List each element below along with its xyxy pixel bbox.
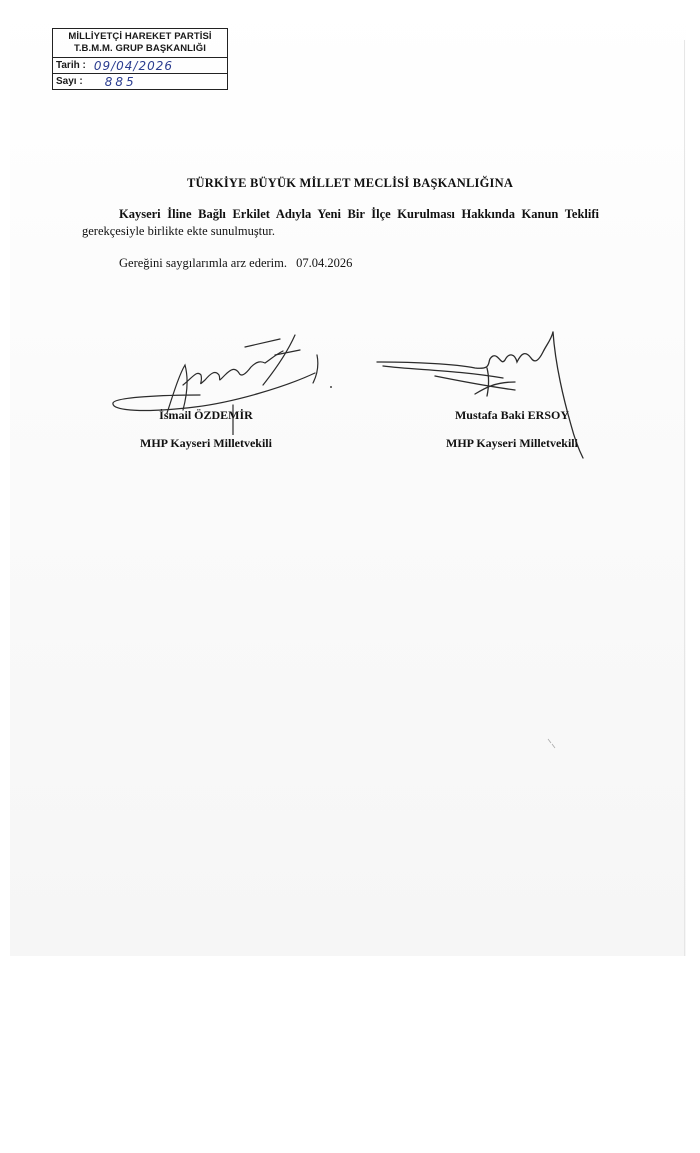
stamp-number-value: 885	[105, 75, 137, 89]
stamp-header: MİLLİYETÇİ HAREKET PARTİSİ T.B.M.M. GRUP…	[52, 28, 228, 57]
stamp-date-label: Tarih :	[56, 60, 86, 71]
closing-paragraph: Gereğini saygılarımla arz ederim. 07.04.…	[119, 256, 352, 271]
signatory-role: MHP Kayseri Milletvekili	[96, 436, 316, 451]
body-paragraph: Kayseri İline Bağlı Erkilet Adıyla Yeni …	[82, 206, 599, 239]
closing-date: 07.04.2026	[296, 256, 352, 270]
document-title: TÜRKİYE BÜYÜK MİLLET MECLİSİ BAŞKANLIĞIN…	[0, 176, 700, 191]
stamp-office-name: T.B.M.M. GRUP BAŞKANLIĞI	[56, 43, 224, 55]
registry-stamp: MİLLİYETÇİ HAREKET PARTİSİ T.B.M.M. GRUP…	[52, 28, 228, 90]
body-text: gerekçesiyle birlikte ekte sunulmuştur.	[82, 224, 275, 238]
closing-text: Gereğini saygılarımla arz ederim.	[119, 256, 287, 270]
signatory-name: İsmail ÖZDEMİR	[96, 408, 316, 423]
signatory-right: Mustafa Baki ERSOY MHP Kayseri Milletvek…	[402, 408, 622, 451]
stamp-party-name: MİLLİYETÇİ HAREKET PARTİSİ	[56, 31, 224, 43]
stamp-date-value: 09/04/2026	[94, 59, 173, 73]
scanned-page	[10, 0, 686, 956]
signatory-name: Mustafa Baki ERSOY	[402, 408, 622, 423]
scan-speck-icon	[547, 738, 557, 750]
signatory-left: İsmail ÖZDEMİR MHP Kayseri Milletvekili	[96, 408, 316, 451]
stamp-number-label: Sayı :	[56, 76, 83, 87]
stamp-number-row: Sayı : 885	[52, 74, 228, 90]
signatory-role: MHP Kayseri Milletvekili	[402, 436, 622, 451]
bill-title: Kayseri İline Bağlı Erkilet Adıyla Yeni …	[119, 207, 599, 221]
stamp-date-row: Tarih : 09/04/2026	[52, 57, 228, 74]
